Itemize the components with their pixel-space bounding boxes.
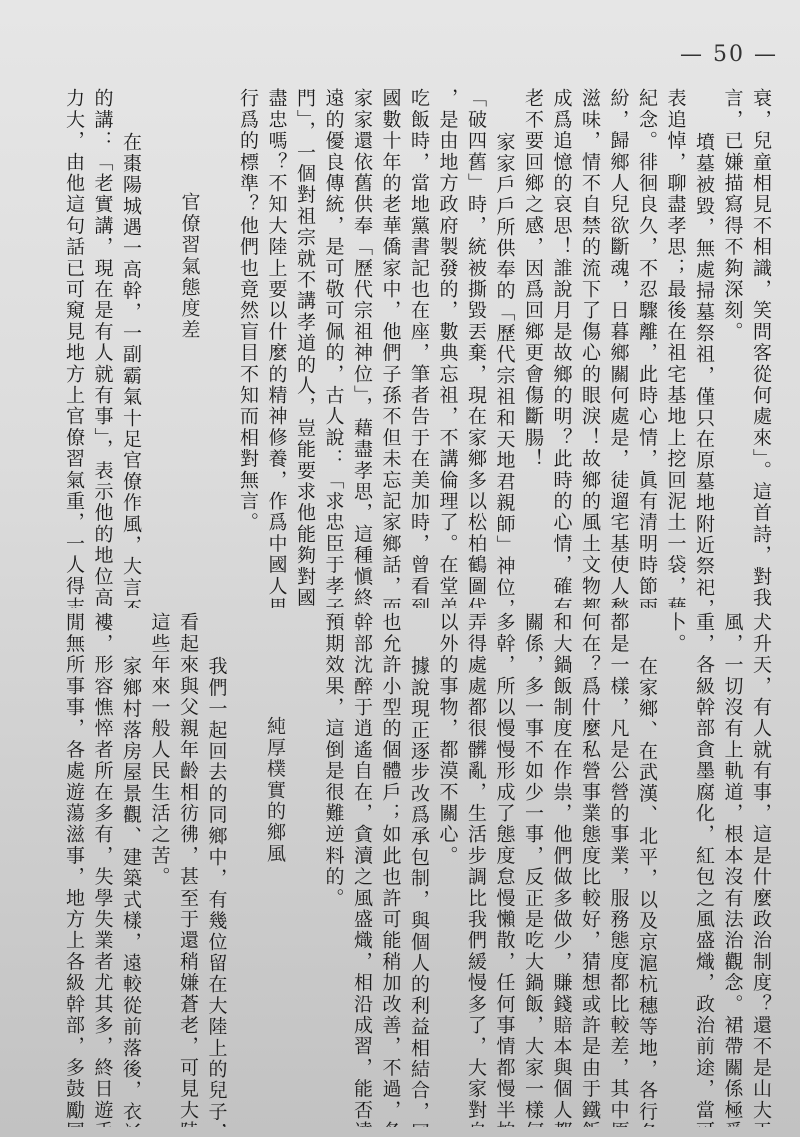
text-column: 也允許小型的個體戶；如此也許可能稍加改善，不過，各級: [376, 612, 405, 1127]
text-column: 紀念。徘徊良久，不忍驟離，此時心情，眞有清明時節雨紛: [633, 88, 662, 608]
text-column: [204, 88, 234, 608]
text-column: 關係，多一事不如少一事，反正是吃大鍋飯，大家一樣何必: [519, 612, 548, 1127]
text-column: 行爲的標準？他們也竟然盲目不知而相對無言。: [234, 88, 263, 608]
text-column: 閒無所事事，各處遊蕩滋事，地方上各級幹部，多鼓勵同鄉: [60, 612, 89, 1127]
scanned-page: — 50 — 衰，兒童相見不相識，笑問客從何處來」。這首詩，對我而言，已嫌描寫得…: [0, 0, 800, 1137]
text-column: 成爲追憶的哀思！誰說月是故鄉的明？此時的心情，確有臨: [547, 88, 576, 608]
page-number: — 50 —: [680, 42, 778, 67]
text-column: 吃飯時，當地黨書記也在座，筆者告于在美加時，曾看到離: [405, 88, 434, 608]
text-column: 據說現正逐步改爲承包制，與個人的利益相結合，同時: [405, 612, 434, 1127]
text-column: 何在？爲什麼私營事業態度比較好，猜想或許是由于鐵飯碗: [576, 612, 605, 1127]
text-column: 預期效果，這倒是很難逆料的。: [319, 612, 348, 1127]
text-column: 這些年來一般人民生活之苦。: [145, 612, 174, 1127]
text-column: 紛，歸鄉人兒欲斷魂，日暮鄉關何處是，徒遛宅基使人愁的: [604, 88, 633, 608]
text-column: 卜。: [661, 612, 690, 1127]
text-column: 遠的優良傳統，是可敬可佩的，古人說：「求忠臣于孝子之: [319, 88, 348, 608]
text-column: 都是一樣，凡是公營的事業，服務態度都比較差，其中原因: [604, 612, 633, 1127]
text-column: 盡忠嗎？不知大陸上要以什麼的精神修養，作爲中國人思想: [262, 88, 291, 608]
section-heading: 官僚習氣態度差: [175, 88, 204, 608]
text-column: 國數十年的老華僑家中，他們子孫不但未忘記家鄉話，而且: [376, 88, 405, 608]
text-column: 表追悼，聊盡孝思；最後在祖宅基地上挖回泥土一袋，藉資: [661, 88, 690, 608]
top-text-block: 衰，兒童相見不相識，笑問客從何處來」。這首詩，對我而言，已嫌描寫得不夠深刻。墳墓…: [55, 88, 775, 608]
text-column: 老不要回鄉之感，因爲回鄉更會傷斷腸！: [519, 88, 548, 608]
text-column: 在家鄉、在武漢、北平，以及京滬杭穗等地，各行各業: [633, 612, 662, 1127]
text-column: 「破四舊」時，統被撕毀丟棄，現在家鄉多以松柏鶴圖代替: [462, 88, 491, 608]
text-column: 多幹，所以慢慢形成了態度怠慢懶散，任何事情都慢半拍，: [490, 612, 519, 1127]
text-column: 言，已嫌描寫得不夠深刻。: [718, 88, 747, 608]
text-column: [231, 612, 261, 1127]
text-column: 家家還依舊供奉「歷代宗祖神位」，藉盡孝思，這種愼終追: [348, 88, 377, 608]
text-column: 犬升天，有人就有事，這是什麼政治制度？還不是山大王作: [747, 612, 776, 1127]
text-column: 家鄉村落房屋景觀、建築式樣，遠較從前落後，衣衫襤: [117, 612, 146, 1127]
text-column: 我們一起回去的同鄉中，有幾位留在大陸上的兒子，乍: [202, 612, 231, 1127]
text-column: ，是由地方政府製發的，數典忘祖，不講倫理了。在堂弟家: [433, 88, 462, 608]
text-column: 以外的事物，都漠不關心。: [433, 612, 462, 1127]
text-column: 滋味，情不自禁的流下了傷心的眼淚！故鄉的風土文物都變: [576, 88, 605, 608]
text-column: 衰，兒童相見不相識，笑問客從何處來」。這首詩，對我而: [747, 88, 776, 608]
text-column: 墳墓被毀，無處掃墓祭祖，僅只在原墓地附近祭祀，以: [690, 88, 719, 608]
text-column: 家家戶戶所供奉的「歷代宗祖和天地君親師」神位，在: [490, 88, 519, 608]
text-column: 在棗陽城遇一高幹，一副霸氣十足官僚作風，大言不慚: [117, 88, 146, 608]
text-column: 和大鍋飯制度在作祟，他們做多做少，賺錢賠本與個人都沒: [547, 612, 576, 1127]
text-column: 風，一切沒有上軌道，根本沒有法治觀念。裙帶關係極爲嚴: [718, 612, 747, 1127]
text-column: 重，各級幹部貪墨腐化，紅包之風盛熾，政治前途，當可預: [690, 612, 719, 1127]
text-column: 的講：「老實講，現在是有人就有事」，表示他的地位高權: [88, 88, 117, 608]
text-column: 門」，一個對祖宗就不講孝道的人，豈能要求他能夠對國家: [291, 88, 320, 608]
text-column: [289, 612, 319, 1127]
text-column: 褸，形容憔悴者所在多有，失學失業者尤其多，終日遊手好: [88, 612, 117, 1127]
text-column: 幹部沈醉于逍遙自在，貪瀆之風盛熾，相沿成習，能否達成: [348, 612, 377, 1127]
text-column: 看起來與父親年齡相彷彿，甚至于還稍嫌蒼老，可見大陸上: [174, 612, 203, 1127]
section-heading: 純厚樸實的鄉風: [261, 612, 290, 1127]
text-column: [145, 88, 175, 608]
bottom-text-block: 犬升天，有人就有事，這是什麼政治制度？還不是山大王作風，一切沒有上軌道，根本沒有…: [55, 612, 775, 1127]
text-column: 力大，由他這句話已可窺見地方上官僚習氣重，一人得志雞: [60, 88, 89, 608]
text-column: 弄得處處都很髒亂，生活步調比我們緩慢多了，大家對自己: [462, 612, 491, 1127]
